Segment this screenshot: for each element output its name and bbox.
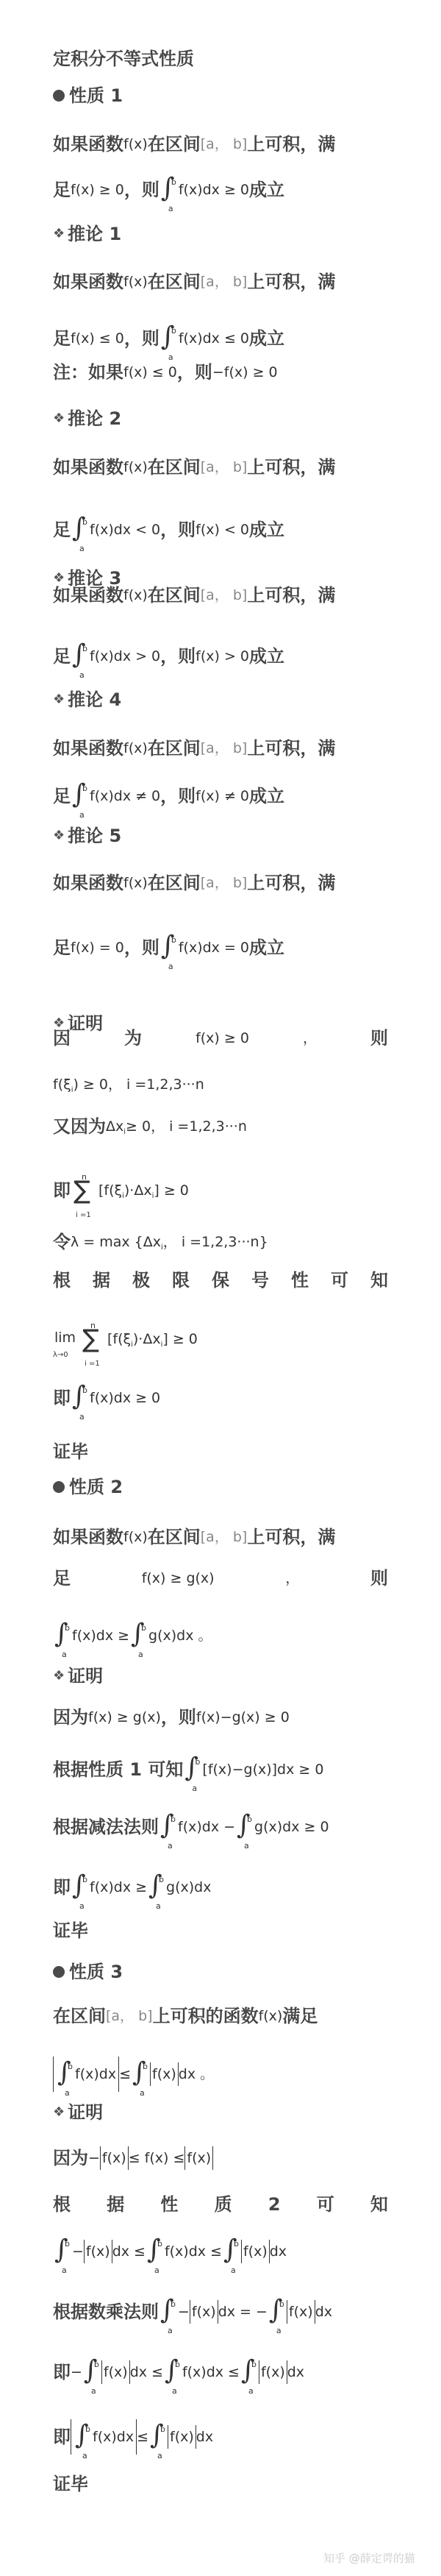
text-line: 又因为 Δxi ≥ 0， i =1,2,3···n xyxy=(53,1115,247,1138)
math-fragment: f(x)dx = 0 xyxy=(179,936,249,959)
text-fragment: 为 xyxy=(124,1026,142,1050)
text-fragment: ，则 xyxy=(160,518,196,542)
math-fragment: f(x)dx ≤ xyxy=(165,2240,222,2263)
integral-lower-limit: a xyxy=(138,1643,143,1667)
text-fragment: 在区间 xyxy=(148,132,201,156)
text-line: 如果函数 f(x)在区间[a， b] 上可积，满 xyxy=(53,1525,335,1549)
integral-lower-limit: a xyxy=(140,2082,145,2105)
text-fragment: 上可积，满 xyxy=(247,1525,335,1549)
heading-label: 性质 3 xyxy=(69,1960,123,1984)
math-fragment: ， xyxy=(285,1566,299,1590)
math-fragment: f(x) xyxy=(123,132,148,156)
integral-lower-limit: a xyxy=(244,1834,249,1858)
text-line: 即 ∫baf(x)dx ≥ ∫bag(x)dx xyxy=(53,1873,211,1902)
text-fragment: 如果函数 xyxy=(53,1525,123,1549)
text-fragment: 2 xyxy=(268,2193,281,2216)
text-fragment: 如果函数 xyxy=(53,871,123,895)
absolute-value: f(x) xyxy=(100,2146,129,2170)
text-fragment: 又因为 xyxy=(53,1115,106,1138)
text-line: 足 ∫baf(x)dx ≠ 0 ，则 f(x) ≠ 0 成立 xyxy=(53,781,284,811)
integral-lower-limit: a xyxy=(168,1834,173,1858)
integral-symbol: ∫ba xyxy=(131,1621,147,1650)
text-fragment: 根 xyxy=(53,2193,71,2216)
text-fragment: 上可积，满 xyxy=(247,132,335,156)
integral-lower-limit: a xyxy=(91,2380,96,2403)
text-fragment: 满足 xyxy=(282,2004,318,2028)
text-line: 如果函数 f(x)在区间[a， b] 上可积，满 xyxy=(53,737,335,760)
math-fragment: f(x)dx > 0 xyxy=(90,645,160,668)
bullet-icon xyxy=(53,1966,65,1978)
text-line: 足 f(x) ≤ 0 ，则 ∫baf(x)dx ≤ 0 成立 xyxy=(53,324,284,353)
integral-symbol: ∫ba xyxy=(84,2357,100,2387)
text-fragment: 即 xyxy=(53,1876,71,1899)
math-fragment: − xyxy=(88,2146,100,2170)
property-heading: 性质 1 xyxy=(53,84,123,107)
integral-upper-limit: b xyxy=(68,2055,73,2079)
math-fragment: f(x)dx ≤ xyxy=(182,2360,240,2384)
watermark: 知乎 @薛定谔的猫 xyxy=(323,2550,415,2566)
text-fragment: 在区间 xyxy=(53,2004,106,2028)
integral-upper-limit: b xyxy=(94,2353,99,2377)
text-fragment: 根据性质 1 可知 xyxy=(53,1758,183,1781)
integral-symbol: ∫ba xyxy=(237,1812,253,1842)
text-fragment: 即 xyxy=(53,1386,71,1410)
text-line: 令 λ = max {Δxi， i =1,2,3···n} xyxy=(53,1230,268,1254)
text-line: 如果函数 f(x)在区间[a， b] 上可积，满 xyxy=(53,270,335,294)
integral-symbol: ∫ba xyxy=(223,2237,240,2266)
math-fragment: f(x) xyxy=(123,455,148,479)
integral-upper-limit: b xyxy=(65,1617,70,1640)
text-fragment: 在区间 xyxy=(148,871,201,895)
integral-symbol: ∫ba xyxy=(57,2059,73,2089)
integral-upper-limit: b xyxy=(82,637,87,661)
sum-lower-limit: i =1 xyxy=(85,1352,100,1376)
absolute-value: f(x) xyxy=(184,2146,213,2170)
corollary-heading: ❖推论 5 xyxy=(53,824,121,848)
text-line: 如果函数 f(x)在区间[a， b] 上可积，满 xyxy=(53,132,335,156)
text-fragment: 根据数乘法则 xyxy=(53,2300,159,2324)
integral-upper-limit: b xyxy=(82,1379,87,1402)
text-fragment: 在区间 xyxy=(148,583,201,607)
text-fragment: ，则 xyxy=(160,784,196,808)
text-fragment: 上可积的函数 xyxy=(153,2004,259,2028)
text-fragment: 足 xyxy=(53,1566,71,1590)
text-fragment: 则 xyxy=(370,1566,388,1590)
integral-symbol: ∫ba xyxy=(160,2297,176,2327)
absolute-value: f(x) xyxy=(101,2360,130,2384)
integral-symbol: ∫ba xyxy=(72,642,88,671)
integral-lower-limit: a xyxy=(168,955,173,979)
section-end-label: 证毕 xyxy=(53,2472,88,2496)
text-fragment: 成立 xyxy=(249,784,284,808)
math-fragment: f(x)dx ≥ 0 xyxy=(90,1386,160,1410)
integral-lower-limit: a xyxy=(154,2259,159,2282)
math-fragment: dx xyxy=(287,2360,304,2384)
integral-upper-limit: b xyxy=(234,2232,239,2256)
subscript: i xyxy=(161,1236,163,1260)
math-fragment: f(x) ≥ g(x) xyxy=(88,1706,161,1729)
interval: [a， b] xyxy=(201,1525,248,1549)
text-line: 足 ∫baf(x)dx < 0 ，则 f(x) < 0 成立 xyxy=(53,515,284,544)
subscript: i xyxy=(71,1079,73,1102)
math-fragment: f(x) ≠ 0 xyxy=(196,784,249,808)
section-end-label: 证毕 xyxy=(53,1440,88,1463)
math-fragment: f(x) xyxy=(123,871,148,895)
text-fragment: 号 xyxy=(251,1269,269,1292)
integral-lower-limit: a xyxy=(79,664,85,687)
text-fragment: 上可积，满 xyxy=(247,455,335,479)
heading-label: 性质 2 xyxy=(69,1475,123,1499)
text-fragment: 保 xyxy=(212,1269,229,1292)
math-fragment: f(x)dx ≠ 0 xyxy=(90,784,160,808)
integral-symbol: ∫ba xyxy=(72,1383,88,1413)
corollary-heading: ❖推论 4 xyxy=(53,688,121,712)
math-fragment: )·Δx xyxy=(124,1179,152,1202)
interval: [a， b] xyxy=(201,270,248,294)
integral-upper-limit: b xyxy=(65,2232,70,2256)
integral-symbol: ∫ba xyxy=(54,2237,71,2266)
text-line: 根据极限保号性可知 xyxy=(53,1269,388,1292)
text-fragment: ，则 xyxy=(177,361,212,384)
math-fragment: g(x)dx 。 xyxy=(148,1624,212,1647)
text-line: 足f(x) ≥ g(x)，则 xyxy=(53,1566,388,1590)
absolute-value: f(x) xyxy=(150,2062,179,2086)
diamond-icon: ❖ xyxy=(53,407,65,430)
summation-symbol: ∑ni =1 xyxy=(82,1319,104,1360)
text-line: f(ξi) ≥ 0， i =1,2,3···n xyxy=(53,1073,204,1096)
absolute-value: f(x) xyxy=(259,2360,287,2384)
math-fragment: f(x)dx xyxy=(93,2425,134,2449)
math-fragment: f(x) xyxy=(123,1525,148,1549)
text-fragment: 在区间 xyxy=(148,455,201,479)
text-fragment: 知 xyxy=(370,2193,388,2216)
math-fragment: f(x) ≥ 0 xyxy=(196,1026,249,1050)
integral-lower-limit: a xyxy=(79,1895,85,1918)
text-line: 因为 −f(x) ≤ f(x) ≤ f(x) xyxy=(53,2146,213,2170)
text-fragment: 足 xyxy=(53,645,71,668)
diamond-icon: ❖ xyxy=(53,824,65,848)
math-fragment: dx = − xyxy=(218,2300,268,2324)
text-fragment: 据 xyxy=(107,2193,124,2216)
heading-label: 性质 1 xyxy=(69,84,123,107)
text-fragment: 因 xyxy=(53,1026,71,1050)
math-fragment: f(x) xyxy=(259,2004,283,2028)
text-fragment: 上可积，满 xyxy=(247,583,335,607)
integral-upper-limit: b xyxy=(85,2418,90,2441)
text-fragment: 可 xyxy=(317,2193,334,2216)
integral-lower-limit: a xyxy=(248,2380,254,2403)
math-fragment: f(x) ≥ 0 xyxy=(71,178,124,202)
interval: [a， b] xyxy=(201,583,248,607)
math-fragment: f(x) < 0 xyxy=(196,518,249,542)
math-fragment: f(x)dx ≥ 0 xyxy=(179,178,249,202)
math-fragment: ] ≥ 0 xyxy=(162,1327,198,1351)
text-fragment: 因为 xyxy=(53,1706,88,1729)
absolute-value: f(x) xyxy=(84,2240,112,2263)
math-fragment: )·Δx xyxy=(133,1327,161,1351)
text-line: 足 f(x) ≥ 0 ，则 ∫baf(x)dx ≥ 0 成立 xyxy=(53,175,284,205)
corollary-heading: ❖推论 1 xyxy=(53,222,121,246)
text-line: 如果函数 f(x)在区间[a， b] 上可积，满 xyxy=(53,871,335,895)
bullet-icon xyxy=(53,90,65,102)
integral-symbol: ∫ba xyxy=(72,1873,88,1902)
integral-symbol: ∫ba xyxy=(72,515,88,544)
math-fragment: dx xyxy=(196,2425,213,2449)
text-fragment: 上可积，满 xyxy=(247,871,335,895)
integral-upper-limit: b xyxy=(171,171,176,194)
integral-upper-limit: b xyxy=(171,2293,176,2316)
text-line: ∫baf(x)dx ≤ ∫baf(x)dx 。 xyxy=(53,2057,214,2092)
subscript: i xyxy=(122,1185,124,1208)
math-fragment: f(ξ xyxy=(53,1073,71,1096)
integral-upper-limit: b xyxy=(195,1750,200,1774)
text-fragment: 即 xyxy=(53,2360,71,2384)
text-fragment: 如果函数 xyxy=(53,132,123,156)
text-fragment: 成立 xyxy=(249,645,284,668)
integral-symbol: ∫ba xyxy=(161,933,177,962)
sum-lower-limit: i =1 xyxy=(76,1204,91,1227)
text-fragment: 如果函数 xyxy=(53,583,123,607)
text-fragment: ，则 xyxy=(124,936,159,959)
interval: [a， b] xyxy=(106,2004,153,2028)
integral-symbol: ∫ba xyxy=(148,1873,165,1902)
heading-label: 推论 5 xyxy=(68,824,121,848)
math-fragment: f(x)−g(x) ≥ 0 xyxy=(196,1706,290,1729)
diamond-icon: ❖ xyxy=(53,1664,65,1688)
property-heading: 性质 3 xyxy=(53,1960,123,1984)
math-fragment: ≤ xyxy=(119,2062,131,2086)
integral-upper-limit: b xyxy=(171,929,176,952)
text-fragment: 性 xyxy=(291,1269,309,1292)
page-title: 定积分不等式性质 xyxy=(53,47,194,71)
text-line: 因为 f(x) ≥ g(x) ，则 f(x)−g(x) ≥ 0 xyxy=(53,1706,290,1729)
absolute-value: f(x) xyxy=(190,2300,218,2324)
corollary-heading: ❖证明 xyxy=(53,2101,103,2124)
heading-label: 证明 xyxy=(68,1664,103,1688)
math-fragment: f(x) xyxy=(123,737,148,760)
text-fragment: 如果函数 xyxy=(53,455,123,479)
text-fragment: ，则 xyxy=(124,178,159,202)
lim-subscript: λ→0 xyxy=(53,1344,68,1367)
text-line: 根据性质2可知 xyxy=(53,2193,388,2216)
limit-operator: limλ→0 xyxy=(53,1323,79,1355)
text-fragment: 成立 xyxy=(249,178,284,202)
integral-symbol: ∫ba xyxy=(184,1755,201,1784)
subscript: i xyxy=(152,1185,154,1208)
integral-symbol: ∫ba xyxy=(165,2357,181,2387)
text-line: 足 ∫baf(x)dx > 0 ，则 f(x) > 0 成立 xyxy=(53,642,284,671)
integral-symbol: ∫ba xyxy=(132,2059,148,2089)
integral-upper-limit: b xyxy=(279,2293,284,2316)
math-fragment: dx 。 xyxy=(179,2062,214,2086)
math-fragment: f(x) ≤ 0 xyxy=(123,361,177,384)
text-fragment: 即 xyxy=(53,2425,71,2449)
text-fragment: 在区间 xyxy=(148,270,201,294)
text-fragment: 令 xyxy=(53,1230,71,1254)
interval: [a， b] xyxy=(201,132,248,156)
integral-symbol: ∫ba xyxy=(269,2297,285,2327)
text-fragment: 足 xyxy=(53,178,71,202)
diamond-icon: ❖ xyxy=(53,2101,65,2124)
integral-upper-limit: b xyxy=(159,1868,164,1892)
math-fragment: ) ≥ 0， i =1,2,3···n xyxy=(73,1073,204,1096)
text-fragment: 根据减法法则 xyxy=(53,1815,159,1839)
math-fragment: ≤ f(x) ≤ xyxy=(129,2146,185,2170)
text-line: 如果函数 f(x)在区间[a， b] 上可积，满 xyxy=(53,583,335,607)
text-line: 在区间 [a， b] 上可积的函数 f(x)满足 xyxy=(53,2004,318,2028)
math-fragment: dx ≤ xyxy=(130,2360,163,2384)
math-fragment: ] ≥ 0 xyxy=(154,1179,189,1202)
text-line: 根据减法法则 ∫baf(x)dx −∫bag(x)dx ≥ 0 xyxy=(53,1812,329,1842)
text-fragment: 注：如果 xyxy=(53,361,123,384)
integral-upper-limit: b xyxy=(157,2232,162,2256)
text-fragment: 成立 xyxy=(249,518,284,542)
text-fragment: 足 xyxy=(53,327,71,350)
absolute-value-integral: ∫baf(x)dx xyxy=(53,2057,119,2092)
text-line: 如果函数 f(x)在区间[a， b] 上可积，满 xyxy=(53,455,335,479)
math-fragment: f(x) xyxy=(123,270,148,294)
text-line: ∫ba−f(x)dx ≤ ∫baf(x)dx ≤ ∫baf(x)dx xyxy=(53,2237,287,2266)
integral-upper-limit: b xyxy=(251,2353,257,2377)
heading-label: 推论 1 xyxy=(68,222,121,246)
text-fragment: 则 xyxy=(370,1026,388,1050)
math-fragment: g(x)dx xyxy=(166,1876,211,1899)
text-fragment: 在区间 xyxy=(148,737,201,760)
math-fragment: f(x) = 0 xyxy=(71,936,124,959)
bullet-icon xyxy=(53,1481,65,1493)
integral-lower-limit: a xyxy=(157,2444,162,2468)
subscript: i xyxy=(123,1121,126,1144)
math-fragment: f(x)dx − xyxy=(178,1815,235,1839)
absolute-value: f(x) xyxy=(287,2300,315,2324)
integral-upper-limit: b xyxy=(175,2353,180,2377)
text-fragment: 质 xyxy=(215,2193,232,2216)
absolute-value-integral: ∫baf(x)dx xyxy=(71,2419,137,2455)
text-fragment: ，则 xyxy=(160,645,196,668)
corollary-heading: ❖推论 2 xyxy=(53,407,121,430)
section-end-label: 证毕 xyxy=(53,1919,88,1942)
text-line: limλ→0∑ni =1[f(ξi)·Δxi] ≥ 0 xyxy=(53,1319,198,1360)
math-fragment: ≤ xyxy=(137,2425,148,2449)
integral-symbol: ∫ba xyxy=(147,2237,163,2266)
math-fragment: f(x)dx ≥ xyxy=(72,1624,129,1647)
integral-upper-limit: b xyxy=(82,511,87,534)
text-line: ∫baf(x)dx ≥ ∫bag(x)dx 。 xyxy=(53,1621,212,1650)
math-fragment: [f(ξ xyxy=(98,1179,122,1202)
text-fragment: 知 xyxy=(370,1269,388,1292)
math-fragment: f(x)dx xyxy=(75,2062,116,2086)
text-line: 因为f(x) ≥ 0，则 xyxy=(53,1026,388,1050)
integral-lower-limit: a xyxy=(62,2259,67,2282)
interval: [a， b] xyxy=(201,455,248,479)
text-line: 即 −∫baf(x)dx ≤ ∫baf(x)dx ≤ ∫baf(x)dx xyxy=(53,2357,304,2387)
text-fragment: 限 xyxy=(172,1269,190,1292)
integral-symbol: ∫ba xyxy=(72,781,88,811)
math-fragment: [f(ξ xyxy=(107,1327,131,1351)
integral-symbol: ∫ba xyxy=(150,2422,166,2452)
subscript: i xyxy=(131,1333,133,1357)
math-fragment: − xyxy=(72,2240,84,2263)
integral-lower-limit: a xyxy=(156,1895,161,1918)
diamond-icon: ❖ xyxy=(53,222,65,246)
interval: [a， b] xyxy=(201,871,248,895)
heading-label: 证明 xyxy=(68,2101,103,2124)
math-fragment: g(x)dx ≥ 0 xyxy=(254,1815,329,1839)
integral-lower-limit: a xyxy=(168,197,173,221)
math-fragment: ≥ 0， i =1,2,3···n xyxy=(126,1115,247,1138)
integral-lower-limit: a xyxy=(62,1643,67,1667)
text-line: 即 ∑ni =1[f(ξi)·Δxi] ≥ 0 xyxy=(53,1170,189,1211)
math-fragment: f(x) ≤ 0 xyxy=(71,327,124,350)
math-fragment: ， i =1,2,3···n} xyxy=(163,1230,268,1254)
integral-lower-limit: a xyxy=(276,2319,282,2343)
math-fragment: f(x) ≥ g(x) xyxy=(142,1566,215,1590)
text-fragment: 足 xyxy=(53,936,71,959)
integral-upper-limit: b xyxy=(82,777,87,801)
subscript: i xyxy=(161,1333,163,1357)
integral-symbol: ∫ba xyxy=(75,2422,91,2452)
text-fragment: 如果函数 xyxy=(53,737,123,760)
math-fragment: dx xyxy=(315,2300,332,2324)
text-fragment: 据 xyxy=(93,1269,110,1292)
math-fragment: f(x)dx ≥ xyxy=(90,1876,147,1899)
math-fragment: λ = max {Δx xyxy=(71,1230,161,1254)
sum-upper-limit: n xyxy=(82,1165,87,1189)
text-fragment: 上可积，满 xyxy=(247,737,335,760)
integral-lower-limit: a xyxy=(79,1405,85,1429)
integral-symbol: ∫ba xyxy=(161,175,177,205)
heading-label: 推论 2 xyxy=(68,407,121,430)
math-fragment: Δx xyxy=(106,1115,123,1138)
text-line: 即 ∫baf(x)dx ≤ ∫baf(x)dx xyxy=(53,2419,213,2455)
integral-upper-limit: b xyxy=(141,1617,146,1640)
integral-upper-limit: b xyxy=(171,319,176,343)
text-fragment: 可 xyxy=(331,1269,348,1292)
integral-upper-limit: b xyxy=(160,2418,165,2441)
math-fragment: − xyxy=(71,2360,82,2384)
math-fragment: − xyxy=(178,2300,190,2324)
integral-symbol: ∫ba xyxy=(161,324,177,353)
corollary-heading: ❖证明 xyxy=(53,1664,103,1688)
summation-symbol: ∑ni =1 xyxy=(73,1170,96,1211)
text-fragment: 性 xyxy=(160,2193,178,2216)
text-fragment: ，则 xyxy=(161,1706,196,1729)
absolute-value: f(x) xyxy=(241,2240,270,2263)
integral-lower-limit: a xyxy=(192,1777,197,1800)
integral-symbol: ∫ba xyxy=(160,1812,176,1842)
property-heading: 性质 2 xyxy=(53,1475,123,1499)
integral-lower-limit: a xyxy=(82,2444,87,2468)
text-fragment: 足 xyxy=(53,518,71,542)
text-line: 即 ∫baf(x)dx ≥ 0 xyxy=(53,1383,160,1413)
math-fragment: f(x) xyxy=(123,583,148,607)
integral-symbol: ∫ba xyxy=(54,1621,71,1650)
integral-lower-limit: a xyxy=(172,2380,177,2403)
text-fragment: 如果函数 xyxy=(53,270,123,294)
text-line: 注：如果 f(x) ≤ 0 ，则 −f(x) ≥ 0 xyxy=(53,361,278,384)
math-fragment: ， xyxy=(303,1026,317,1050)
interval: [a， b] xyxy=(201,737,248,760)
math-fragment: f(x)dx ≤ 0 xyxy=(179,327,249,350)
integral-lower-limit: a xyxy=(168,2319,173,2343)
text-fragment: 成立 xyxy=(249,327,284,350)
text-fragment: ，则 xyxy=(124,327,159,350)
math-fragment: dx ≤ xyxy=(112,2240,146,2263)
integral-upper-limit: b xyxy=(82,1868,87,1892)
text-fragment: 足 xyxy=(53,784,71,808)
integral-symbol: ∫ba xyxy=(241,2357,257,2387)
integral-upper-limit: b xyxy=(143,2055,148,2079)
